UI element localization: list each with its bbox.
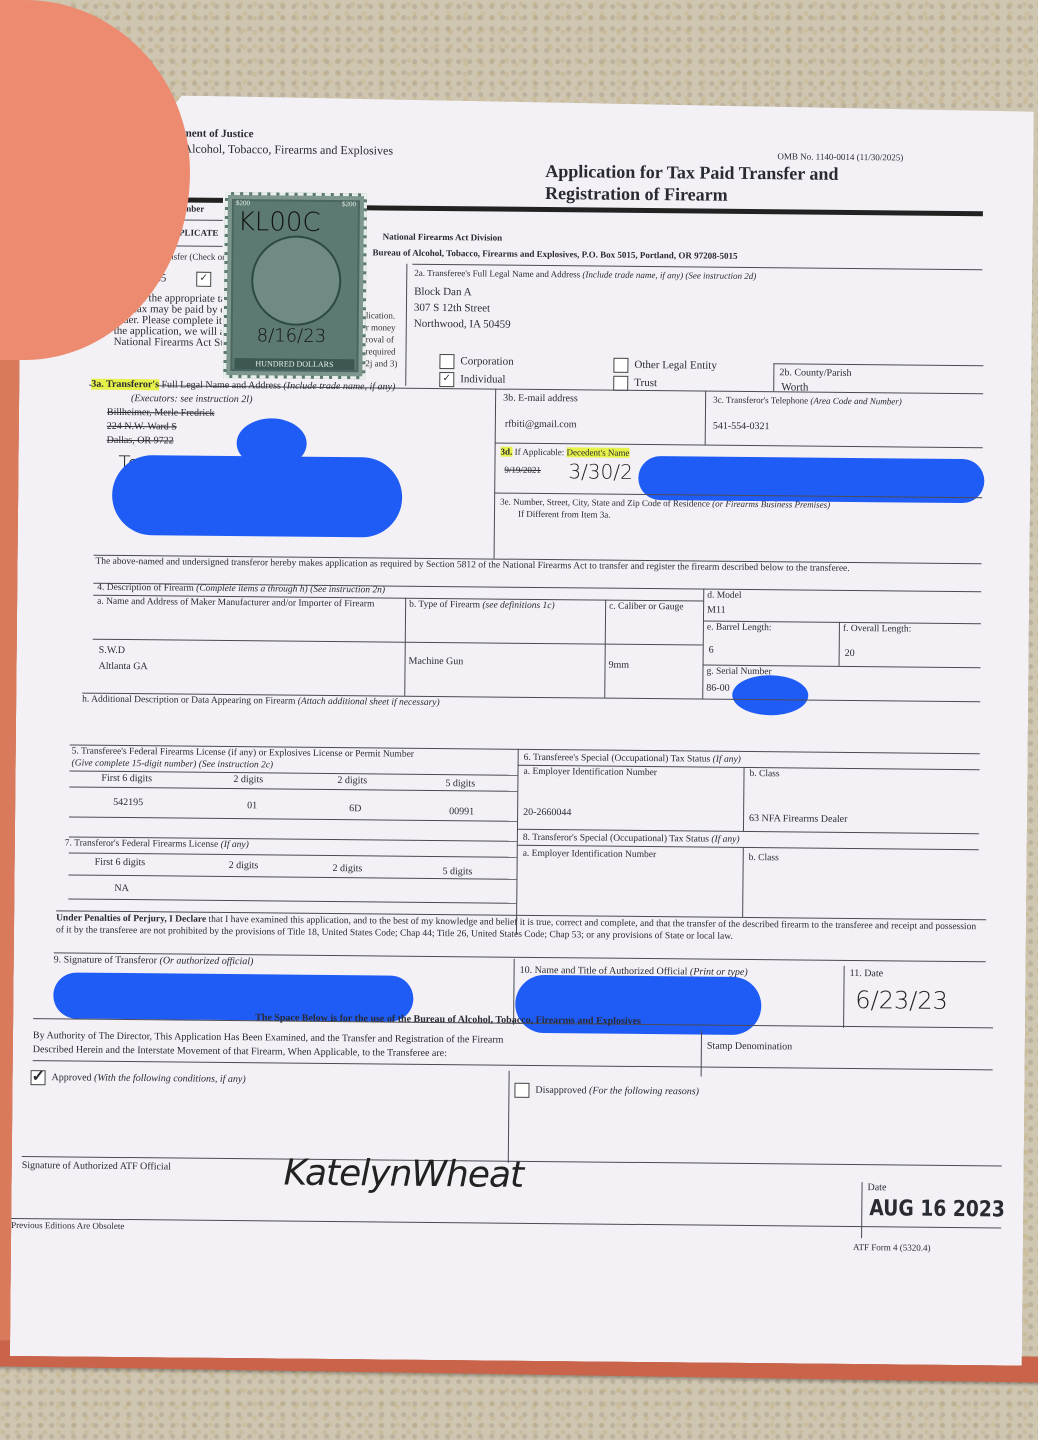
transferee-class-label: b. Class [749,769,779,779]
transferor-ffl-col-2: 2 digits [229,860,259,871]
decedent-handwritten-date: 3/30/2 [568,459,633,484]
ffl-col-3: 2 digits [337,775,367,786]
stamp-denomination-label: Stamp Denomination [707,1041,792,1053]
maker-label: a. Name and Address of Maker Manufacture… [97,597,397,611]
mailing-address: Bureau of Alcohol, Tobacco, Firearms and… [372,247,737,261]
nfa-division-label: National Firearms Act Division [383,231,503,242]
checkbox-checked-icon: ✓ [30,1070,45,1085]
transferor-signature-label: 9. Signature of Transferor (Or authorize… [54,954,254,967]
firearm-type-value: Machine Gun [409,656,464,668]
transferor-ffl-label: 7. Transferor's Federal Firearms License… [65,838,249,850]
overall-length-value: 20 [845,648,855,659]
ffl-value-2: 01 [247,800,257,811]
transferor-ffl-col-1: First 6 digits [95,857,146,868]
residence-label: 3e. Number, Street, City, State and Zip … [500,497,830,510]
transferor-name: Billheimer, Merle Fredrick [107,407,215,419]
authority-text-1: By Authority of The Director, This Appli… [33,1030,504,1046]
checkbox-icon [439,354,454,369]
nfa-tax-stamp: $200 $200 KL00C 8/16/23 HUNDRED DOLLARS [223,192,367,379]
transferee-class-value: 63 NFA Firearms Dealer [749,813,848,825]
ffl-value-3: 6D [349,803,361,814]
transferee-ein-value: 20-2660044 [523,807,571,818]
transferor-street: 224 N.W. Ward S [107,421,177,433]
checkbox-checked-icon: ✓ [196,272,211,287]
date-value: 6/23/23 [855,986,948,1015]
maker-location: Altlanta GA [98,661,147,672]
clipped-instructions: lication.r moneyroval ofrequired2j and 3… [365,309,398,369]
atf-date-label: Date [867,1182,886,1193]
ffl-value-1: 542195 [113,797,143,808]
caliber-value: 9mm [608,660,629,671]
transferor-ffl-col-4: 5 digits [443,866,473,877]
email-value[interactable]: rfbiti@gmail.com [505,419,577,431]
telephone-label: 3c. Transferor's Telephone (Area Code an… [713,395,902,407]
transferor-ein-label: a. Employer Identification Number [523,849,657,860]
stamp-handwriting-top: KL00C [238,207,321,238]
transferor-city: Dallas, OR 9722 [107,435,174,447]
redaction-serial [732,675,808,716]
transferor-ffl-col-3: 2 digits [333,863,363,874]
transferor-ffl-value: NA [114,883,129,894]
checkbox-icon [613,376,628,391]
redaction-transferor-head [236,418,306,469]
checkbox-checked-icon: ✓ [439,372,454,387]
transferor-name-label: 3a. Transferor's Full Legal Name and Add… [91,379,395,393]
entity-individual[interactable]: ✓Individual [439,372,505,388]
firearm-description-label: 4. Description of Firearm (Complete item… [97,583,385,596]
county-label: 2b. County/Parish [779,367,851,379]
ffl-col-4: 5 digits [445,778,475,789]
additional-description-label: h. Additional Description or Data Appear… [82,695,440,708]
transferee-city: Northwood, IA 50459 [414,318,511,331]
maker-name: S.W.D [99,645,125,656]
authority-text-2: Described Herein and the Interstate Move… [33,1044,447,1059]
transferor-class-label: b. Class [749,853,779,863]
stamp-cancellation: 8/16/23 [257,325,327,347]
overall-length-label: f. Overall Length: [843,624,911,635]
executors-note: (Executors: see instruction 2l) [131,393,252,405]
model-value: M11 [707,605,726,616]
entity-other[interactable]: Other Legal Entity [613,358,717,374]
transferee-ein-label: a. Employer Identification Number [523,767,657,778]
decedent-label: 3d. If Applicable: Decedent's Name [501,447,630,458]
caliber-label: c. Caliber or Gauge [609,602,699,614]
serial-value: 86-00 [706,683,729,694]
form-number: ATF Form 4 (5320.4) [853,1242,931,1253]
barrel-length-value: 6 [709,645,714,656]
transferee-name-label: 2a. Transferee's Full Legal Name and Add… [414,268,756,281]
previous-editions-note: Previous Editions Are Obsolete [11,1220,124,1231]
disapproved-option[interactable]: Disapproved (For the following reasons) [514,1083,699,1100]
transferee-name: Block Dan A [414,286,472,299]
atf-form-4-document: Department of Justice Bureau of Alcohol,… [10,94,1034,1366]
approved-option[interactable]: ✓Approved (With the following conditions… [30,1070,245,1087]
redaction-transferor [112,455,403,538]
transferee-ffl-note: (Give complete 15-digit number) (See ins… [72,759,274,771]
form-title-line2: Registration of Firearm [545,183,728,206]
transferee-ffl-label: 5. Transferee's Federal Firearms License… [72,747,414,760]
eagle-seal-icon [251,235,342,326]
residence-sub: If Different from Item 3a. [518,509,611,520]
ffl-col-1: First 6 digits [101,773,152,784]
barrel-length-label: e. Barrel Length: [707,623,772,634]
omb-number: OMB No. 1140-0014 (11/30/2025) [777,151,903,162]
atf-signature-label: Signature of Authorized ATF Official [22,1160,171,1172]
email-label: 3b. E-mail address [503,393,578,405]
transfer-option-200[interactable]: ✓ [196,272,217,287]
date-label: 11. Date [850,968,884,979]
checkbox-icon [514,1083,529,1098]
form-title-line1: Application for Tax Paid Transfer and [545,161,838,185]
decedent-struck-date: 9/19/2021 [504,465,541,475]
telephone-value: 541-554-0321 [713,421,770,433]
ffl-value-4: 00991 [449,806,474,817]
transferor-sot-label: 8. Transferor's Special (Occupational) T… [523,833,740,845]
atf-use-heading: The Space Below is for the use of the Bu… [255,1012,641,1027]
entity-corporation[interactable]: Corporation [439,354,513,370]
atf-approval-date: AUG 16 2023 [869,1196,1005,1222]
checkbox-icon [613,358,628,373]
firearm-type-label: b. Type of Firearm (see definitions 1c) [409,600,555,611]
transferee-street: 307 S 12th Street [414,302,490,315]
atf-signature: KatelynWheat [283,1153,523,1196]
transferee-sot-label: 6. Transferee's Special (Occupational) T… [524,753,741,765]
ffl-col-2: 2 digits [233,774,263,785]
model-label: d. Model [707,591,741,601]
